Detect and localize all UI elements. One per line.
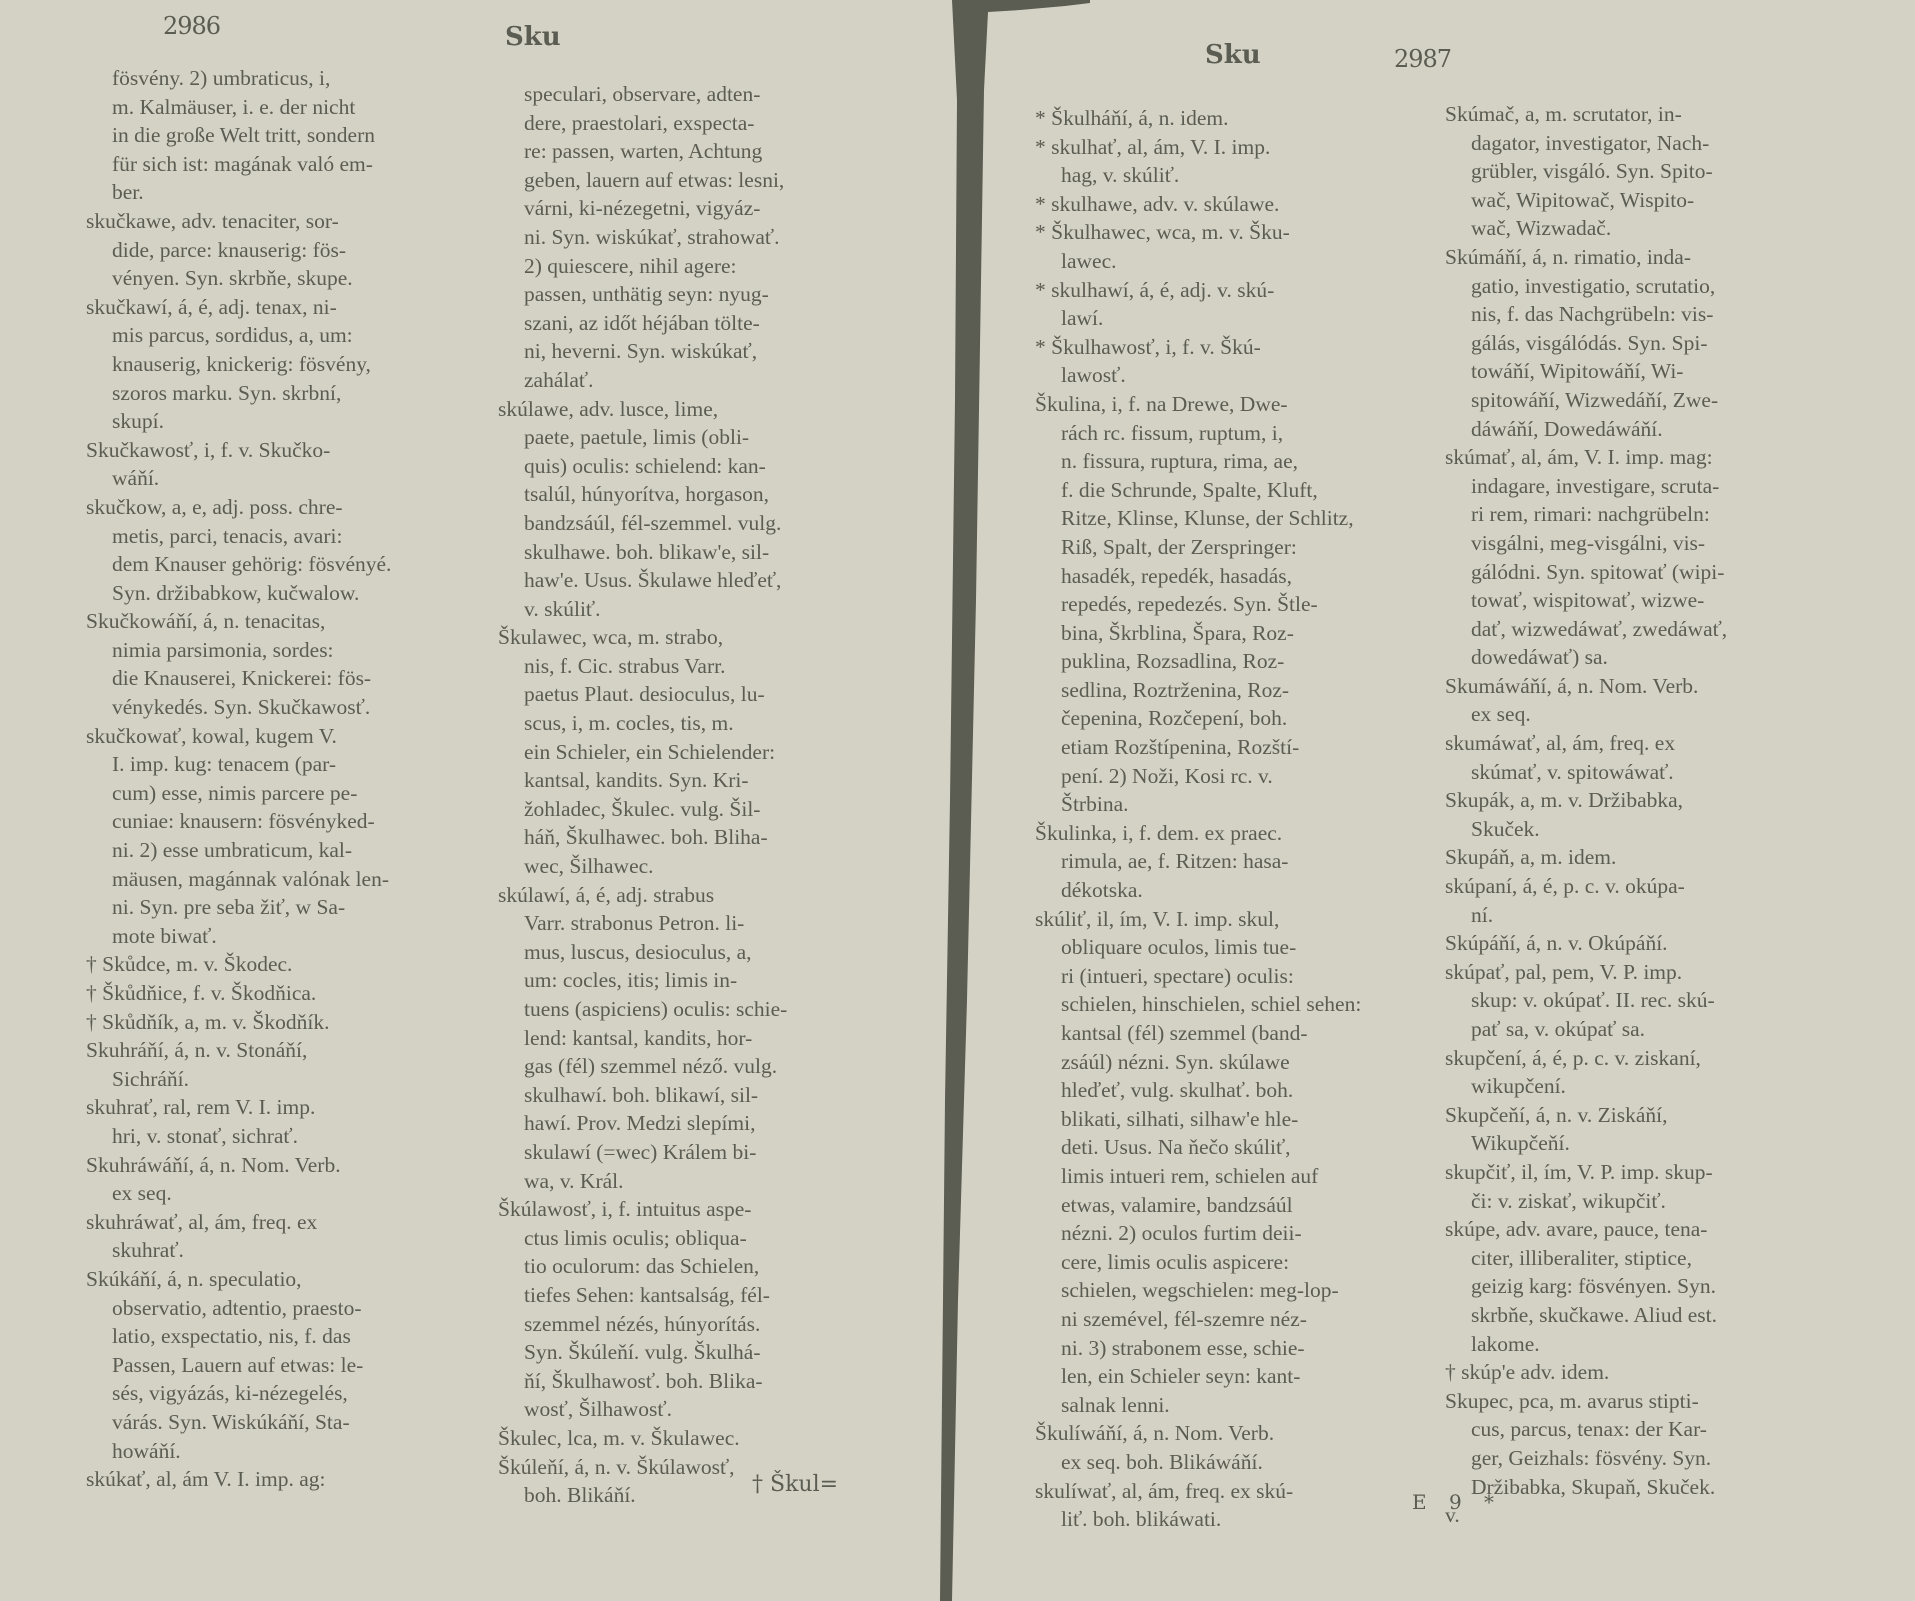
entry-headword-line: skučkow, a, e, adj. poss. chre-	[86, 493, 526, 522]
left-column-2: speculari, observare, adten-dere, praest…	[498, 80, 938, 1510]
entry-continuation-line: citer, illiberaliter, stiptice,	[1445, 1244, 1865, 1273]
entry-continuation-line: haw'e. Usus. Škulawe hleďeť,	[498, 566, 938, 595]
entry-continuation-line: bandzsáúl, fél-szemmel. vulg.	[498, 509, 938, 538]
entry-continuation-line: cuniae: knausern: fösvényked-	[86, 807, 526, 836]
entry-continuation-line: wa, v. Král.	[498, 1167, 938, 1196]
entry-continuation-line: hasadék, repedék, hasadás,	[1035, 562, 1435, 591]
entry-continuation-line: lawosť.	[1035, 361, 1435, 390]
entry-continuation-line: metis, parci, tenacis, avari:	[86, 522, 526, 551]
entry-continuation-line: zsáúl) nézni. Syn. skúlawe	[1035, 1048, 1435, 1077]
entry-continuation-line: Ritze, Klinse, Klunse, der Schlitz,	[1035, 504, 1435, 533]
entry-continuation-line: dať, wizwedáwať, zwedáwať,	[1445, 615, 1865, 644]
entry-continuation-line: skulhawe. boh. blikaw'e, sil-	[498, 538, 938, 567]
entry-continuation-line: dide, parce: knauserig: fös-	[86, 236, 526, 265]
entry-continuation-line: szani, az időt héjában tölte-	[498, 309, 938, 338]
entry-continuation-line: deti. Usus. Na ňečo skúliť,	[1035, 1133, 1435, 1162]
entry-headword-line: † skúp'e adv. idem.	[1445, 1358, 1865, 1387]
entry-headword-line: Skúkáňí, á, n. speculatio,	[86, 1265, 526, 1294]
entry-continuation-line: die Knauserei, Knickerei: fös-	[86, 664, 526, 693]
entry-continuation-line: lakome.	[1445, 1330, 1865, 1359]
entry-headword-line: * Škulháňí, á, n. idem.	[1035, 104, 1435, 133]
entry-continuation-line: sedlina, Roztrženina, Roz-	[1035, 676, 1435, 705]
entry-headword-line: Škulawec, wca, m. strabo,	[498, 623, 938, 652]
entry-continuation-line: n. fissura, ruptura, rima, ae,	[1035, 447, 1435, 476]
entry-continuation-line: várás. Syn. Wiskúkáňí, Sta-	[86, 1408, 526, 1437]
entry-continuation-line: passen, unthätig seyn: nyug-	[498, 280, 938, 309]
entry-continuation-line: pení. 2) Noži, Kosi rc. v.	[1035, 762, 1435, 791]
entry-continuation-line: f. die Schrunde, Spalte, Kluft,	[1035, 476, 1435, 505]
entry-continuation-line: towať, wispitowať, wizwe-	[1445, 586, 1865, 615]
entry-continuation-line: cus, parcus, tenax: der Kar-	[1445, 1415, 1865, 1444]
entry-continuation-line: dagator, investigator, Nach-	[1445, 129, 1865, 158]
printer-signature: E 9 *	[1412, 1490, 1502, 1514]
running-head-right: Sku	[1205, 40, 1261, 70]
entry-headword-line: skuhráwať, al, ám, freq. ex	[86, 1208, 526, 1237]
entry-continuation-line: čepenina, Rozčepení, boh.	[1035, 704, 1435, 733]
entry-continuation-line: dáwáňí, Dowedáwáňí.	[1445, 415, 1865, 444]
entry-continuation-line: I. imp. kug: tenacem (par-	[86, 750, 526, 779]
entry-headword-line: † Skůdce, m. v. Škodec.	[86, 950, 526, 979]
entry-continuation-line: Štrbina.	[1035, 790, 1435, 819]
entry-continuation-line: ni. Syn. wiskúkať, strahowať.	[498, 223, 938, 252]
entry-headword-line: skúkať, al, ám V. I. imp. ag:	[86, 1465, 526, 1494]
entry-continuation-line: wáňí.	[86, 464, 526, 493]
entry-headword-line: Skupec, pca, m. avarus stipti-	[1445, 1387, 1865, 1416]
entry-continuation-line: boh. Blikáňí.	[498, 1481, 938, 1510]
entry-headword-line: Škúleňí, á, n. v. Škúlawosť,	[498, 1453, 938, 1482]
entry-continuation-line: Wikupčeňí.	[1445, 1129, 1865, 1158]
entry-continuation-line: Syn. Škúleňí. vulg. Škulhá-	[498, 1338, 938, 1367]
entry-continuation-line: kantsal, kandits. Syn. Kri-	[498, 766, 938, 795]
entry-continuation-line: dem Knauser gehörig: fösvényé.	[86, 550, 526, 579]
entry-headword-line: * skulhať, al, ám, V. I. imp.	[1035, 133, 1435, 162]
entry-headword-line: Škulinka, i, f. dem. ex praec.	[1035, 819, 1435, 848]
entry-continuation-line: ex seq.	[86, 1179, 526, 1208]
entry-continuation-line: nimia parsimonia, sordes:	[86, 636, 526, 665]
entry-continuation-line: mäusen, magánnak valónak len-	[86, 865, 526, 894]
entry-headword-line: Skuhráňí, á, n. v. Stonáňí,	[86, 1036, 526, 1065]
entry-continuation-line: skulawí (=wec) Králem bi-	[498, 1138, 938, 1167]
entry-continuation-line: cum) esse, nimis parcere pe-	[86, 779, 526, 808]
entry-headword-line: skúpaní, á, é, p. c. v. okúpa-	[1445, 872, 1865, 901]
entry-headword-line: Skuhráwáňí, á, n. Nom. Verb.	[86, 1151, 526, 1180]
entry-continuation-line: schielen, wegschielen: meg-lop-	[1035, 1276, 1435, 1305]
entry-headword-line: Skučkowáňí, á, n. tenacitas,	[86, 607, 526, 636]
right-column-1: * Škulháňí, á, n. idem.* skulhať, al, ám…	[1035, 104, 1435, 1534]
entry-continuation-line: ni. 3) strabonem esse, schie-	[1035, 1334, 1435, 1363]
entry-continuation-line: Syn. držibabkow, kučwalow.	[86, 579, 526, 608]
entry-continuation-line: um: cocles, itis; limis in-	[498, 966, 938, 995]
entry-continuation-line: hag, v. skúliť.	[1035, 161, 1435, 190]
entry-continuation-line: hawí. Prov. Medzi slepími,	[498, 1109, 938, 1138]
entry-continuation-line: latio, exspectatio, nis, f. das	[86, 1322, 526, 1351]
entry-continuation-line: ein Schieler, ein Schielender:	[498, 738, 938, 767]
entry-continuation-line: len, ein Schieler seyn: kant-	[1035, 1362, 1435, 1391]
entry-continuation-line: szoros marku. Syn. skrbní,	[86, 379, 526, 408]
entry-continuation-line: wec, Šilhawec.	[498, 852, 938, 881]
entry-continuation-line: für sich ist: magának való em-	[86, 150, 526, 179]
entry-continuation-line: ní.	[1445, 901, 1865, 930]
entry-continuation-line: m. Kalmäuser, i. e. der nicht	[86, 93, 526, 122]
entry-continuation-line: ni. 2) esse umbraticum, kal-	[86, 836, 526, 865]
entry-continuation-line: schielen, hinschielen, schiel sehen:	[1035, 990, 1435, 1019]
entry-continuation-line: v. skúliť.	[498, 595, 938, 624]
entry-continuation-line: skrbňe, skučkawe. Aliud est.	[1445, 1301, 1865, 1330]
entry-continuation-line: gas (fél) szemmel néző. vulg.	[498, 1052, 938, 1081]
entry-continuation-line: etiam Rozštípenina, Rozští-	[1035, 733, 1435, 762]
entry-continuation-line: ctus limis oculis; obliqua-	[498, 1224, 938, 1253]
catchword: † Škul=	[752, 1472, 838, 1497]
entry-continuation-line: salnak lenni.	[1035, 1391, 1435, 1420]
entry-continuation-line: tiefes Sehen: kantsalság, fél-	[498, 1281, 938, 1310]
entry-continuation-line: várni, ki-nézegetni, vigyáz-	[498, 194, 938, 223]
entry-headword-line: skupčiť, il, ím, V. P. imp. skup-	[1445, 1158, 1865, 1187]
entry-headword-line: Škulec, lca, m. v. Škulawec.	[498, 1424, 938, 1453]
entry-headword-line: skumáwať, al, ám, freq. ex	[1445, 729, 1865, 758]
entry-continuation-line: Riß, Spalt, der Zerspringer:	[1035, 533, 1435, 562]
entry-continuation-line: Držibabka, Skupaň, Skuček.	[1445, 1473, 1865, 1502]
entry-continuation-line: mote biwať.	[86, 922, 526, 951]
entry-continuation-line: nézni. 2) oculos furtim deii-	[1035, 1219, 1435, 1248]
entry-continuation-line: 2) quiescere, nihil agere:	[498, 252, 938, 281]
entry-headword-line: skupčení, á, é, p. c. v. ziskaní,	[1445, 1044, 1865, 1073]
entry-continuation-line: lend: kantsal, kandits, hor-	[498, 1024, 938, 1053]
left-column-1: fösvény. 2) umbraticus, i,m. Kalmäuser, …	[86, 64, 526, 1494]
entry-headword-line: * skulhawí, á, é, adj. v. skú-	[1035, 276, 1435, 305]
entry-continuation-line: tio oculorum: das Schielen,	[498, 1252, 938, 1281]
entry-continuation-line: blikati, silhati, silhaw'e hle-	[1035, 1105, 1435, 1134]
entry-headword-line: skúlawí, á, é, adj. strabus	[498, 881, 938, 910]
entry-headword-line: skulíwať, al, ám, freq. ex skú-	[1035, 1477, 1435, 1506]
entry-headword-line: skúmať, al, ám, V. I. imp. mag:	[1445, 443, 1865, 472]
entry-continuation-line: in die große Welt tritt, sondern	[86, 121, 526, 150]
entry-continuation-line: wač, Wipitowač, Wispito-	[1445, 186, 1865, 215]
entry-continuation-line: nis, f. das Nachgrübeln: vis-	[1445, 300, 1865, 329]
entry-headword-line: v.	[1445, 1501, 1865, 1530]
entry-continuation-line: lawec.	[1035, 247, 1435, 276]
entry-continuation-line: rách rc. fissum, ruptum, i,	[1035, 419, 1435, 448]
entry-continuation-line: či: v. ziskať, wikupčiť.	[1445, 1187, 1865, 1216]
entry-continuation-line: dékotska.	[1035, 876, 1435, 905]
entry-continuation-line: gálás, visgálódás. Syn. Spi-	[1445, 329, 1865, 358]
entry-continuation-line: ňí, Škulhawosť. boh. Blika-	[498, 1367, 938, 1396]
entry-continuation-line: kantsal (fél) szemmel (band-	[1035, 1019, 1435, 1048]
entry-headword-line: † Škůdňice, f. v. Škodňica.	[86, 979, 526, 1008]
entry-headword-line: Skúmač, a, m. scrutator, in-	[1445, 100, 1865, 129]
entry-continuation-line: puklina, Rozsadlina, Roz-	[1035, 647, 1435, 676]
entry-continuation-line: dowedáwať) sa.	[1445, 643, 1865, 672]
entry-continuation-line: zahálať.	[498, 366, 938, 395]
entry-continuation-line: ri (intueri, spectare) oculis:	[1035, 962, 1435, 991]
entry-continuation-line: towáňí, Wipitowáňí, Wi-	[1445, 357, 1865, 386]
entry-continuation-line: obliquare oculos, limis tue-	[1035, 933, 1435, 962]
entry-continuation-line: quis) oculis: schielend: kan-	[498, 452, 938, 481]
entry-headword-line: Skupčeňí, á, n. v. Ziskáňí,	[1445, 1101, 1865, 1130]
entry-headword-line: skučkawí, á, é, adj. tenax, ni-	[86, 293, 526, 322]
entry-headword-line: * Škulhawec, wca, m. v. Šku-	[1035, 218, 1435, 247]
entry-continuation-line: žohladec, Škulec. vulg. Šil-	[498, 795, 938, 824]
entry-headword-line: Skupák, a, m. v. Držibabka,	[1445, 786, 1865, 815]
entry-continuation-line: bina, Škrblina, Špara, Roz-	[1035, 619, 1435, 648]
page-number-right: 2987	[1394, 45, 1451, 73]
entry-continuation-line: rimula, ae, f. Ritzen: hasa-	[1035, 847, 1435, 876]
entry-continuation-line: Skuček.	[1445, 815, 1865, 844]
entry-continuation-line: sés, vigyázás, ki-nézegelés,	[86, 1379, 526, 1408]
entry-continuation-line: howáňí.	[86, 1437, 526, 1466]
entry-continuation-line: nis, f. Cic. strabus Varr.	[498, 652, 938, 681]
entry-continuation-line: indagare, investigare, scruta-	[1445, 472, 1865, 501]
entry-headword-line: Škulíwáňí, á, n. Nom. Verb.	[1035, 1419, 1435, 1448]
entry-continuation-line: ex seq.	[1445, 700, 1865, 729]
entry-continuation-line: hleďeť, vulg. skulhať. boh.	[1035, 1076, 1435, 1105]
entry-headword-line: skúpať, pal, pem, V. P. imp.	[1445, 958, 1865, 987]
entry-headword-line: skúliť, il, ím, V. I. imp. skul,	[1035, 905, 1435, 934]
entry-continuation-line: lawí.	[1035, 304, 1435, 333]
entry-headword-line: skúpe, adv. avare, pauce, tena-	[1445, 1215, 1865, 1244]
entry-headword-line: Skučkawosť, i, f. v. Skučko-	[86, 436, 526, 465]
entry-headword-line: Škúlawosť, i, f. intuitus aspe-	[498, 1195, 938, 1224]
entry-continuation-line: cere, limis oculis aspicere:	[1035, 1248, 1435, 1277]
entry-continuation-line: grübler, visgáló. Syn. Spito-	[1445, 157, 1865, 186]
entry-continuation-line: fösvény. 2) umbraticus, i,	[86, 64, 526, 93]
entry-continuation-line: szemmel nézés, húnyorítás.	[498, 1310, 938, 1339]
entry-continuation-line: hri, v. stonať, sichrať.	[86, 1122, 526, 1151]
entry-headword-line: skuhrať, ral, rem V. I. imp.	[86, 1093, 526, 1122]
entry-continuation-line: ni, heverni. Syn. wiskúkať,	[498, 337, 938, 366]
entry-continuation-line: etwas, valamire, bandzsáúl	[1035, 1191, 1435, 1220]
entry-continuation-line: skúmať, v. spitowáwať.	[1445, 758, 1865, 787]
entry-headword-line: skučkawe, adv. tenaciter, sor-	[86, 207, 526, 236]
entry-continuation-line: skupí.	[86, 407, 526, 436]
entry-headword-line: † Skůdňík, a, m. v. Škodňík.	[86, 1008, 526, 1037]
entry-continuation-line: vényen. Syn. skrbňe, skupe.	[86, 264, 526, 293]
entry-continuation-line: skulhawí. boh. blikawí, sil-	[498, 1081, 938, 1110]
entry-continuation-line: skuhrať.	[86, 1236, 526, 1265]
entry-continuation-line: dere, praestolari, exspecta-	[498, 109, 938, 138]
entry-continuation-line: observatio, adtentio, praesto-	[86, 1294, 526, 1323]
entry-continuation-line: paete, paetule, limis (obli-	[498, 423, 938, 452]
entry-continuation-line: ex seq. boh. Blikáwáňí.	[1035, 1448, 1435, 1477]
right-column-2: Skúmač, a, m. scrutator, in-dagator, inv…	[1445, 100, 1865, 1530]
entry-continuation-line: knauserig, knickerig: fösvény,	[86, 350, 526, 379]
entry-continuation-line: gálódni. Syn. spitowať (wipi-	[1445, 558, 1865, 587]
entry-continuation-line: skup: v. okúpať. II. rec. skú-	[1445, 986, 1865, 1015]
entry-continuation-line: pať sa, v. okúpať sa.	[1445, 1015, 1865, 1044]
entry-headword-line: Škulina, i, f. na Drewe, Dwe-	[1035, 390, 1435, 419]
entry-continuation-line: ni. Syn. pre seba žiť, w Sa-	[86, 893, 526, 922]
entry-continuation-line: geben, lauern auf etwas: lesni,	[498, 166, 938, 195]
entry-continuation-line: mis parcus, sordidus, a, um:	[86, 321, 526, 350]
entry-continuation-line: liť. boh. blikáwati.	[1035, 1505, 1435, 1534]
entry-continuation-line: ger, Geizhals: fösvény. Syn.	[1445, 1444, 1865, 1473]
entry-headword-line: Skupáň, a, m. idem.	[1445, 843, 1865, 872]
entry-headword-line: Skúmáňí, á, n. rimatio, inda-	[1445, 243, 1865, 272]
entry-continuation-line: wač, Wizwadač.	[1445, 214, 1865, 243]
entry-continuation-line: spitowáňí, Wizwedáňí, Zwe-	[1445, 386, 1865, 415]
entry-headword-line: Skúpáňí, á, n. v. Okúpáňí.	[1445, 929, 1865, 958]
entry-headword-line: Skumáwáňí, á, n. Nom. Verb.	[1445, 672, 1865, 701]
entry-continuation-line: limis intueri rem, schielen auf	[1035, 1162, 1435, 1191]
entry-continuation-line: ber.	[86, 178, 526, 207]
entry-continuation-line: wikupčení.	[1445, 1072, 1865, 1101]
entry-headword-line: * skulhawe, adv. v. skúlawe.	[1035, 190, 1435, 219]
entry-headword-line: * Škulhawosť, i, f. v. Škú-	[1035, 333, 1435, 362]
entry-continuation-line: vénykedés. Syn. Skučkawosť.	[86, 693, 526, 722]
page-number-left: 2986	[163, 12, 220, 40]
entry-headword-line: skúlawe, adv. lusce, lime,	[498, 395, 938, 424]
entry-continuation-line: tuens (aspiciens) oculis: schie-	[498, 995, 938, 1024]
running-head-left: Sku	[505, 22, 561, 52]
entry-continuation-line: speculari, observare, adten-	[498, 80, 938, 109]
entry-continuation-line: tsalúl, húnyorítva, horgason,	[498, 480, 938, 509]
entry-continuation-line: gatio, investigatio, scrutatio,	[1445, 272, 1865, 301]
entry-continuation-line: Passen, Lauern auf etwas: le-	[86, 1351, 526, 1380]
entry-headword-line: skučkowať, kowal, kugem V.	[86, 722, 526, 751]
entry-continuation-line: paetus Plaut. desioculus, lu-	[498, 680, 938, 709]
entry-continuation-line: ni szemével, fél-szemre néz-	[1035, 1305, 1435, 1334]
entry-continuation-line: geizig karg: fösvényen. Syn.	[1445, 1272, 1865, 1301]
entry-continuation-line: repedés, repedezés. Syn. Štle-	[1035, 590, 1435, 619]
entry-continuation-line: re: passen, warten, Achtung	[498, 137, 938, 166]
entry-continuation-line: scus, i, m. cocles, tis, m.	[498, 709, 938, 738]
entry-continuation-line: ri rem, rimari: nachgrübeln:	[1445, 500, 1865, 529]
entry-continuation-line: wosť, Šilhawosť.	[498, 1395, 938, 1424]
entry-continuation-line: mus, luscus, desioculus, a,	[498, 938, 938, 967]
entry-continuation-line: Sichráňí.	[86, 1065, 526, 1094]
entry-continuation-line: visgálni, meg-visgálni, vis-	[1445, 529, 1865, 558]
entry-continuation-line: Varr. strabonus Petron. li-	[498, 909, 938, 938]
entry-continuation-line: háň, Škulhawec. boh. Bliha-	[498, 823, 938, 852]
